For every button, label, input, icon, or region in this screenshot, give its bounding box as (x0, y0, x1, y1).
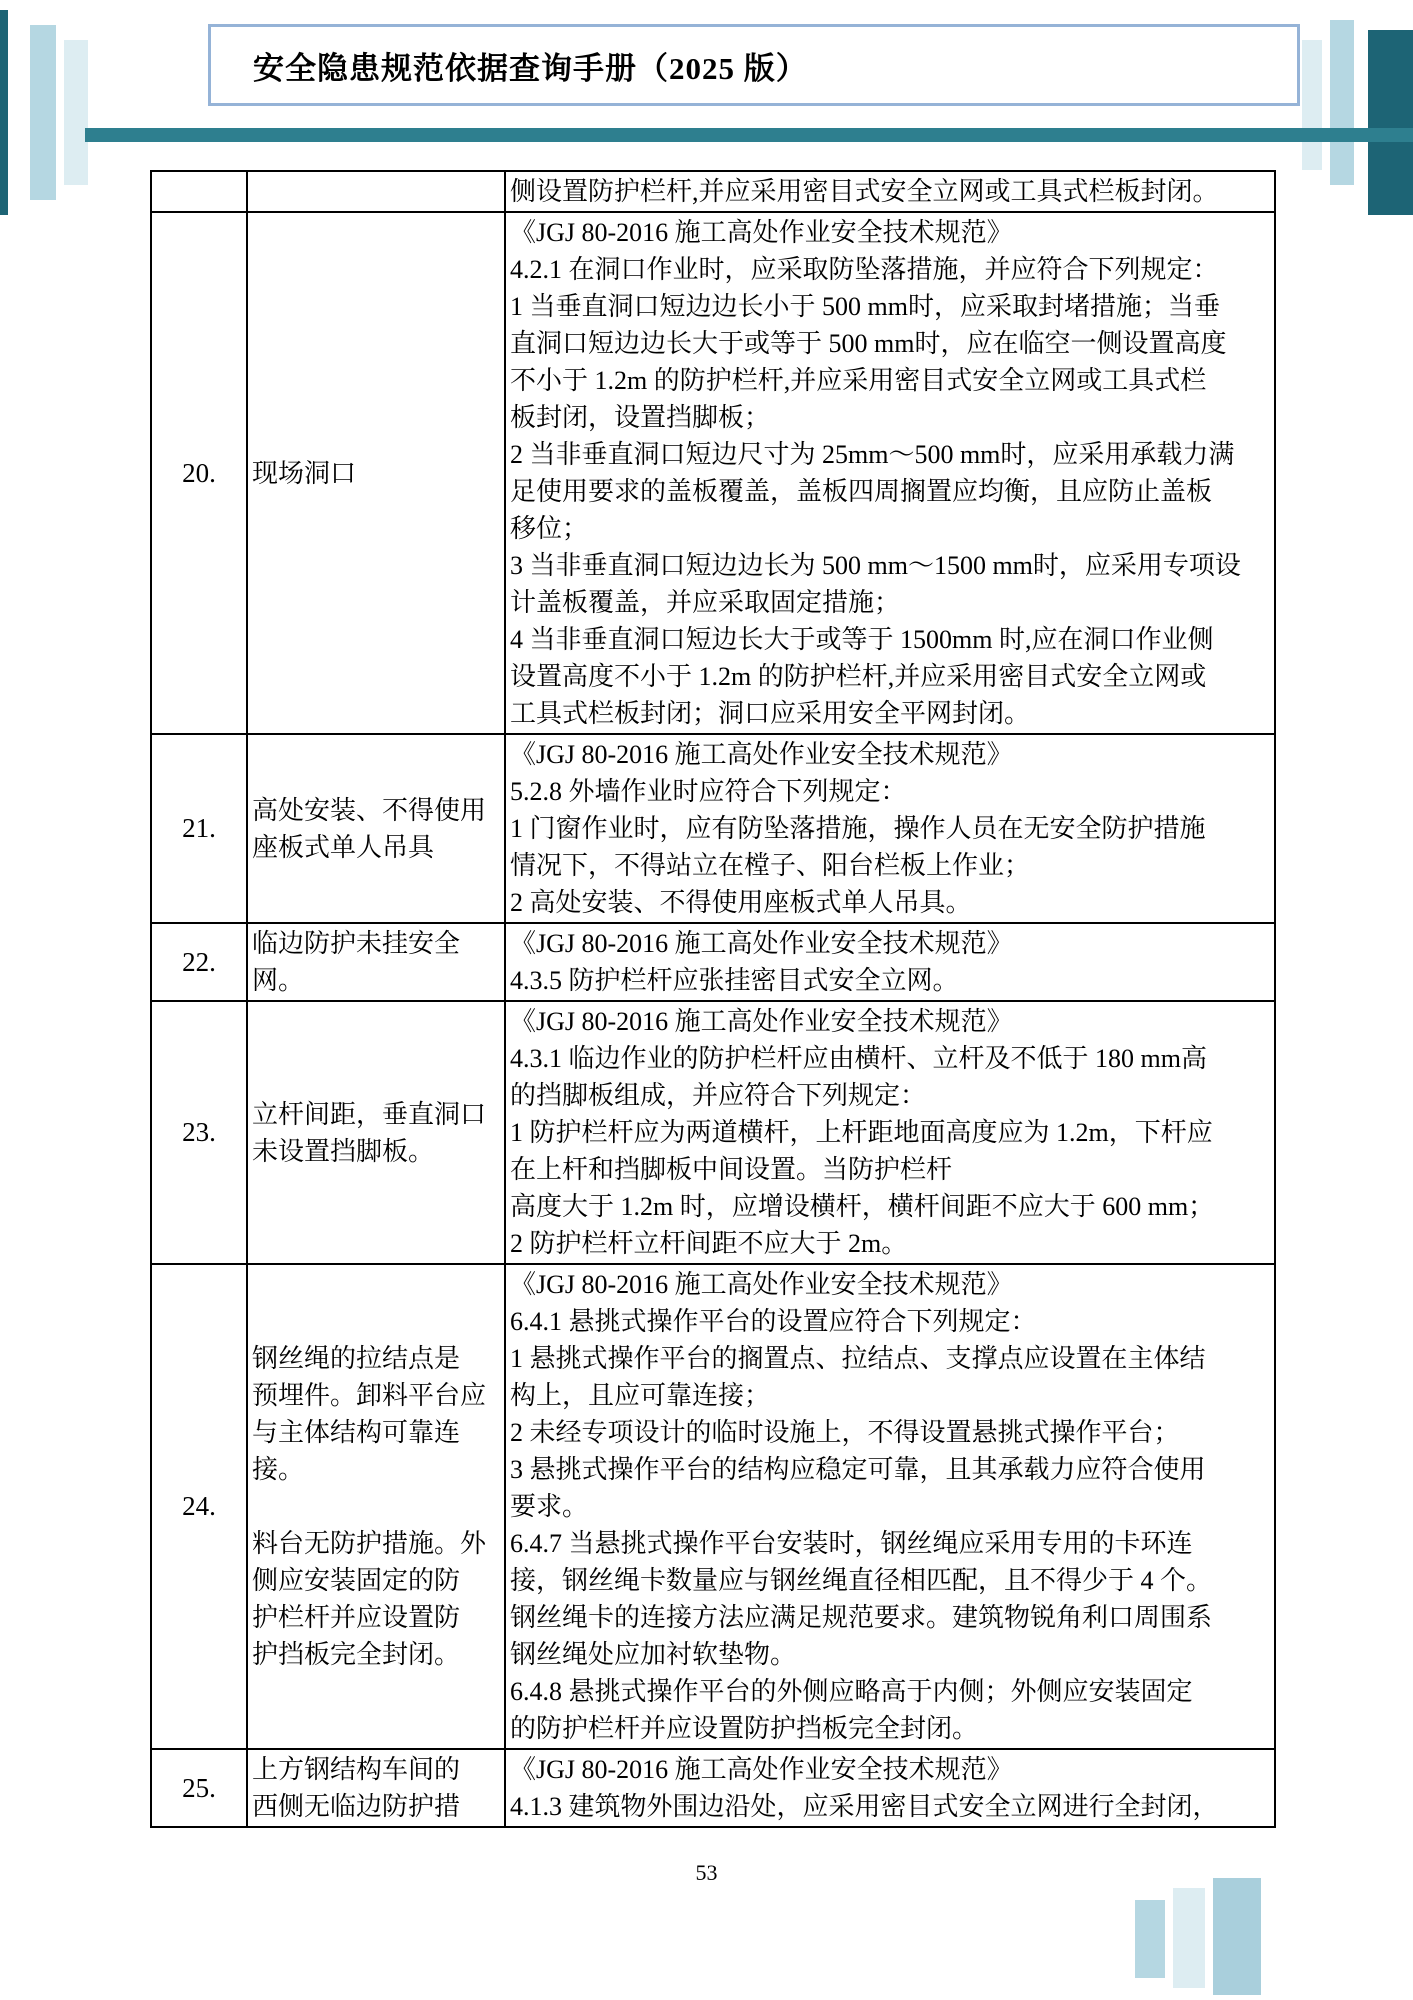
text-line: 1 防护栏杆应为两道横杆，上杆距地面高度应为 1.2m，下杆应 (510, 1114, 1270, 1151)
decor-topright-paleblue-bar (1302, 40, 1322, 170)
text-line: 要求。 (510, 1488, 1270, 1525)
text-line: 侧设置防护栏杆,并应采用密目式安全立网或工具式栏板封闭。 (510, 173, 1270, 210)
text-line: 立杆间距，垂直洞口 (252, 1096, 500, 1133)
decor-topright-lightblue-bar (1330, 20, 1354, 185)
hazard-description-cell: 立杆间距，垂直洞口未设置挡脚板。 (247, 1001, 505, 1264)
regulation-basis-cell: 《JGJ 80-2016 施工高处作业安全技术规范》4.2.1 在洞口作业时，应… (505, 212, 1275, 734)
row-number-cell: 25. (151, 1749, 247, 1827)
regulation-table: 侧设置防护栏杆,并应采用密目式安全立网或工具式栏板封闭。20.现场洞口《JGJ … (150, 170, 1276, 1828)
text-line: 现场洞口 (252, 455, 500, 492)
table-row: 22.临边防护未挂安全网。《JGJ 80-2016 施工高处作业安全技术规范》4… (151, 923, 1275, 1001)
regulation-basis-cell: 《JGJ 80-2016 施工高处作业安全技术规范》6.4.1 悬挑式操作平台的… (505, 1264, 1275, 1749)
text-line: 1 门窗作业时，应有防坠落措施，操作人员在无安全防护措施 (510, 810, 1270, 847)
regulation-basis-cell: 《JGJ 80-2016 施工高处作业安全技术规范》4.1.3 建筑物外围边沿处… (505, 1749, 1275, 1827)
text-line: 料台无防护措施。外 (252, 1525, 500, 1562)
text-line: 2 高处安装、不得使用座板式单人吊具。 (510, 884, 1270, 921)
row-number-cell: 24. (151, 1264, 247, 1749)
decor-topleft-paleblue-bar (64, 40, 88, 185)
text-line: 临边防护未挂安全 (252, 925, 500, 962)
text-line: 座板式单人吊具 (252, 829, 500, 866)
text-line: 预埋件。卸料平台应 (252, 1377, 500, 1414)
hazard-description-cell: 现场洞口 (247, 212, 505, 734)
table-row: 25.上方钢结构车间的西侧无临边防护措《JGJ 80-2016 施工高处作业安全… (151, 1749, 1275, 1827)
text-line: 上方钢结构车间的 (252, 1751, 500, 1788)
table-wrapper: 侧设置防护栏杆,并应采用密目式安全立网或工具式栏板封闭。20.现场洞口《JGJ … (150, 170, 1264, 1828)
text-line: 《JGJ 80-2016 施工高处作业安全技术规范》 (510, 214, 1270, 251)
hazard-description-cell: 上方钢结构车间的西侧无临边防护措 (247, 1749, 505, 1827)
text-line: 的防护栏杆并应设置防护挡板完全封闭。 (510, 1710, 1270, 1747)
row-number-cell: 23. (151, 1001, 247, 1264)
table-row: 20.现场洞口《JGJ 80-2016 施工高处作业安全技术规范》4.2.1 在… (151, 212, 1275, 734)
hazard-description-cell: 钢丝绳的拉结点是预埋件。卸料平台应与主体结构可靠连接。 料台无防护措施。外侧应安… (247, 1264, 505, 1749)
text-line: 钢丝绳处应加衬软垫物。 (510, 1636, 1270, 1673)
text-line: 的挡脚板组成，并应符合下列规定： (510, 1077, 1270, 1114)
row-number-cell: 21. (151, 734, 247, 923)
text-line: 《JGJ 80-2016 施工高处作业安全技术规范》 (510, 736, 1270, 773)
text-line: 接，钢丝绳卡数量应与钢丝绳直径相匹配，且不得少于 4 个。 (510, 1562, 1270, 1599)
text-line: 网。 (252, 962, 500, 999)
text-line: 情况下，不得站立在樘子、阳台栏板上作业； (510, 847, 1270, 884)
text-line: 5.2.8 外墙作业时应符合下列规定： (510, 773, 1270, 810)
row-number-cell (151, 171, 247, 212)
regulation-basis-cell: 侧设置防护栏杆,并应采用密目式安全立网或工具式栏板封闭。 (505, 171, 1275, 212)
text-line: 直洞口短边边长大于或等于 500 mm时，应在临空一侧设置高度 (510, 325, 1270, 362)
text-line: 接。 (252, 1451, 500, 1488)
regulation-basis-cell: 《JGJ 80-2016 施工高处作业安全技术规范》4.3.5 防护栏杆应张挂密… (505, 923, 1275, 1001)
text-line: 设置高度不小于 1.2m 的防护栏杆,并应采用密目式安全立网或 (510, 658, 1270, 695)
text-line: 移位； (510, 510, 1270, 547)
text-line: 6.4.1 悬挑式操作平台的设置应符合下列规定： (510, 1303, 1270, 1340)
decor-topleft-dark-bar (0, 10, 8, 215)
hazard-description-cell (247, 171, 505, 212)
text-line: 4.3.1 临边作业的防护栏杆应由横杆、立杆及不低于 180 mm高 (510, 1040, 1270, 1077)
decor-bottomright-paleblue-bar (1135, 1900, 1165, 1978)
text-line: 工具式栏板封闭；洞口应采用安全平网封闭。 (510, 695, 1270, 732)
row-number-cell: 20. (151, 212, 247, 734)
text-line: 6.4.7 当悬挑式操作平台安装时，钢丝绳应采用专用的卡环连 (510, 1525, 1270, 1562)
page-title: 安全隐患规范依据查询手册（2025 版） (211, 43, 808, 88)
decor-topright-dark-block (1368, 30, 1413, 215)
text-line: 3 悬挑式操作平台的结构应稳定可靠，且其承载力应符合使用 (510, 1451, 1270, 1488)
text-line: 计盖板覆盖，并应采取固定措施； (510, 584, 1270, 621)
text-line: 《JGJ 80-2016 施工高处作业安全技术规范》 (510, 1003, 1270, 1040)
hazard-description-cell: 临边防护未挂安全网。 (247, 923, 505, 1001)
text-line: 足使用要求的盖板覆盖，盖板四周搁置应均衡，且应防止盖板 (510, 473, 1270, 510)
text-line: 护栏杆并应设置防 (252, 1599, 500, 1636)
text-line: 4 当非垂直洞口短边长大于或等于 1500mm 时,应在洞口作业侧 (510, 621, 1270, 658)
text-line: 3 当非垂直洞口短边边长为 500 mm～1500 mm时，应采用专项设 (510, 547, 1270, 584)
text-line (252, 1488, 500, 1525)
decor-bottomright-midblue-bar (1213, 1878, 1261, 1995)
text-line: 未设置挡脚板。 (252, 1133, 500, 1170)
text-line: 侧应安装固定的防 (252, 1562, 500, 1599)
text-line: 2 防护栏杆立杆间距不应大于 2m。 (510, 1225, 1270, 1262)
table-row: 侧设置防护栏杆,并应采用密目式安全立网或工具式栏板封闭。 (151, 171, 1275, 212)
decor-topleft-lightblue-bar (30, 25, 56, 200)
text-line: 《JGJ 80-2016 施工高处作业安全技术规范》 (510, 1751, 1270, 1788)
header-title-box: 安全隐患规范依据查询手册（2025 版） (208, 24, 1300, 106)
text-line: 高处安装、不得使用 (252, 792, 500, 829)
table-row: 23.立杆间距，垂直洞口未设置挡脚板。《JGJ 80-2016 施工高处作业安全… (151, 1001, 1275, 1264)
text-line: 护挡板完全封闭。 (252, 1636, 500, 1673)
text-line: 4.2.1 在洞口作业时，应采取防坠落措施，并应符合下列规定： (510, 251, 1270, 288)
header-band (85, 128, 1413, 142)
regulation-basis-cell: 《JGJ 80-2016 施工高处作业安全技术规范》4.3.1 临边作业的防护栏… (505, 1001, 1275, 1264)
text-line: 2 未经专项设计的临时设施上，不得设置悬挑式操作平台； (510, 1414, 1270, 1451)
hazard-description-cell: 高处安装、不得使用座板式单人吊具 (247, 734, 505, 923)
text-line: 在上杆和挡脚板中间设置。当防护栏杆 (510, 1151, 1270, 1188)
page-number: 53 (0, 1860, 1413, 1886)
text-line: 西侧无临边防护措 (252, 1788, 500, 1825)
text-line: 4.1.3 建筑物外围边沿处，应采用密目式安全立网进行全封闭， (510, 1788, 1270, 1825)
text-line: 构上，且应可靠连接； (510, 1377, 1270, 1414)
text-line: 钢丝绳卡的连接方法应满足规范要求。建筑物锐角利口周围系 (510, 1599, 1270, 1636)
text-line: 高度大于 1.2m 时，应增设横杆，横杆间距不应大于 600 mm； (510, 1188, 1270, 1225)
regulation-basis-cell: 《JGJ 80-2016 施工高处作业安全技术规范》5.2.8 外墙作业时应符合… (505, 734, 1275, 923)
text-line: 《JGJ 80-2016 施工高处作业安全技术规范》 (510, 1266, 1270, 1303)
text-line: 钢丝绳的拉结点是 (252, 1340, 500, 1377)
text-line: 2 当非垂直洞口短边尺寸为 25mm～500 mm时，应采用承载力满 (510, 436, 1270, 473)
text-line: 4.3.5 防护栏杆应张挂密目式安全立网。 (510, 962, 1270, 999)
text-line: 板封闭，设置挡脚板； (510, 399, 1270, 436)
regulation-table-body: 侧设置防护栏杆,并应采用密目式安全立网或工具式栏板封闭。20.现场洞口《JGJ … (151, 171, 1275, 1827)
table-row: 24.钢丝绳的拉结点是预埋件。卸料平台应与主体结构可靠连接。 料台无防护措施。外… (151, 1264, 1275, 1749)
text-line: 1 当垂直洞口短边边长小于 500 mm时，应采取封堵措施；当垂 (510, 288, 1270, 325)
text-line: 与主体结构可靠连 (252, 1414, 500, 1451)
text-line: 《JGJ 80-2016 施工高处作业安全技术规范》 (510, 925, 1270, 962)
decor-bottomright-palest-bar (1173, 1888, 1205, 1988)
text-line: 不小于 1.2m 的防护栏杆,并应采用密目式安全立网或工具式栏 (510, 362, 1270, 399)
table-row: 21.高处安装、不得使用座板式单人吊具《JGJ 80-2016 施工高处作业安全… (151, 734, 1275, 923)
text-line: 1 悬挑式操作平台的搁置点、拉结点、支撑点应设置在主体结 (510, 1340, 1270, 1377)
row-number-cell: 22. (151, 923, 247, 1001)
text-line: 6.4.8 悬挑式操作平台的外侧应略高于内侧；外侧应安装固定 (510, 1673, 1270, 1710)
